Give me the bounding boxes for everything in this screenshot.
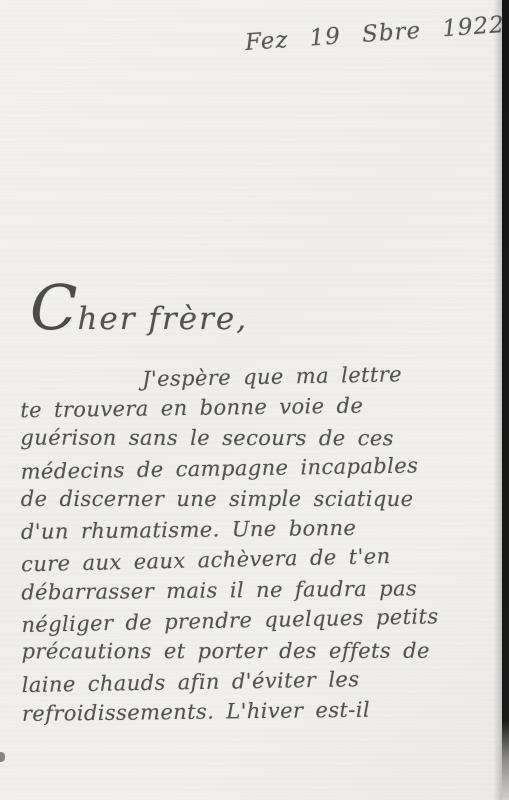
letter-line: précautions et porter des effets de bbox=[22, 635, 496, 666]
date-line: Fez 19 Sbre 1922. bbox=[244, 11, 509, 56]
salutation: Cher frère, bbox=[30, 288, 248, 337]
letter-body: J'espère que ma lettre te trouvera en bo… bbox=[20, 361, 496, 728]
letter-line: de discerner une simple sciatique bbox=[21, 484, 495, 514]
letter-line: refroidissements. L'hiver est-il bbox=[22, 693, 496, 729]
letter-line: guérison sans le secours de ces bbox=[20, 422, 494, 453]
letter-line: médecins de campagne incapables bbox=[20, 449, 494, 487]
letter-line: te trouvera en bonne voie de bbox=[20, 389, 494, 426]
scan-corner-speck bbox=[0, 752, 5, 762]
scan-edge-shadow bbox=[493, 0, 502, 800]
letter-scan-page: Fez 19 Sbre 1922. Cher frère, J'espère q… bbox=[0, 0, 509, 800]
scan-edge-black-strip bbox=[502, 0, 509, 800]
